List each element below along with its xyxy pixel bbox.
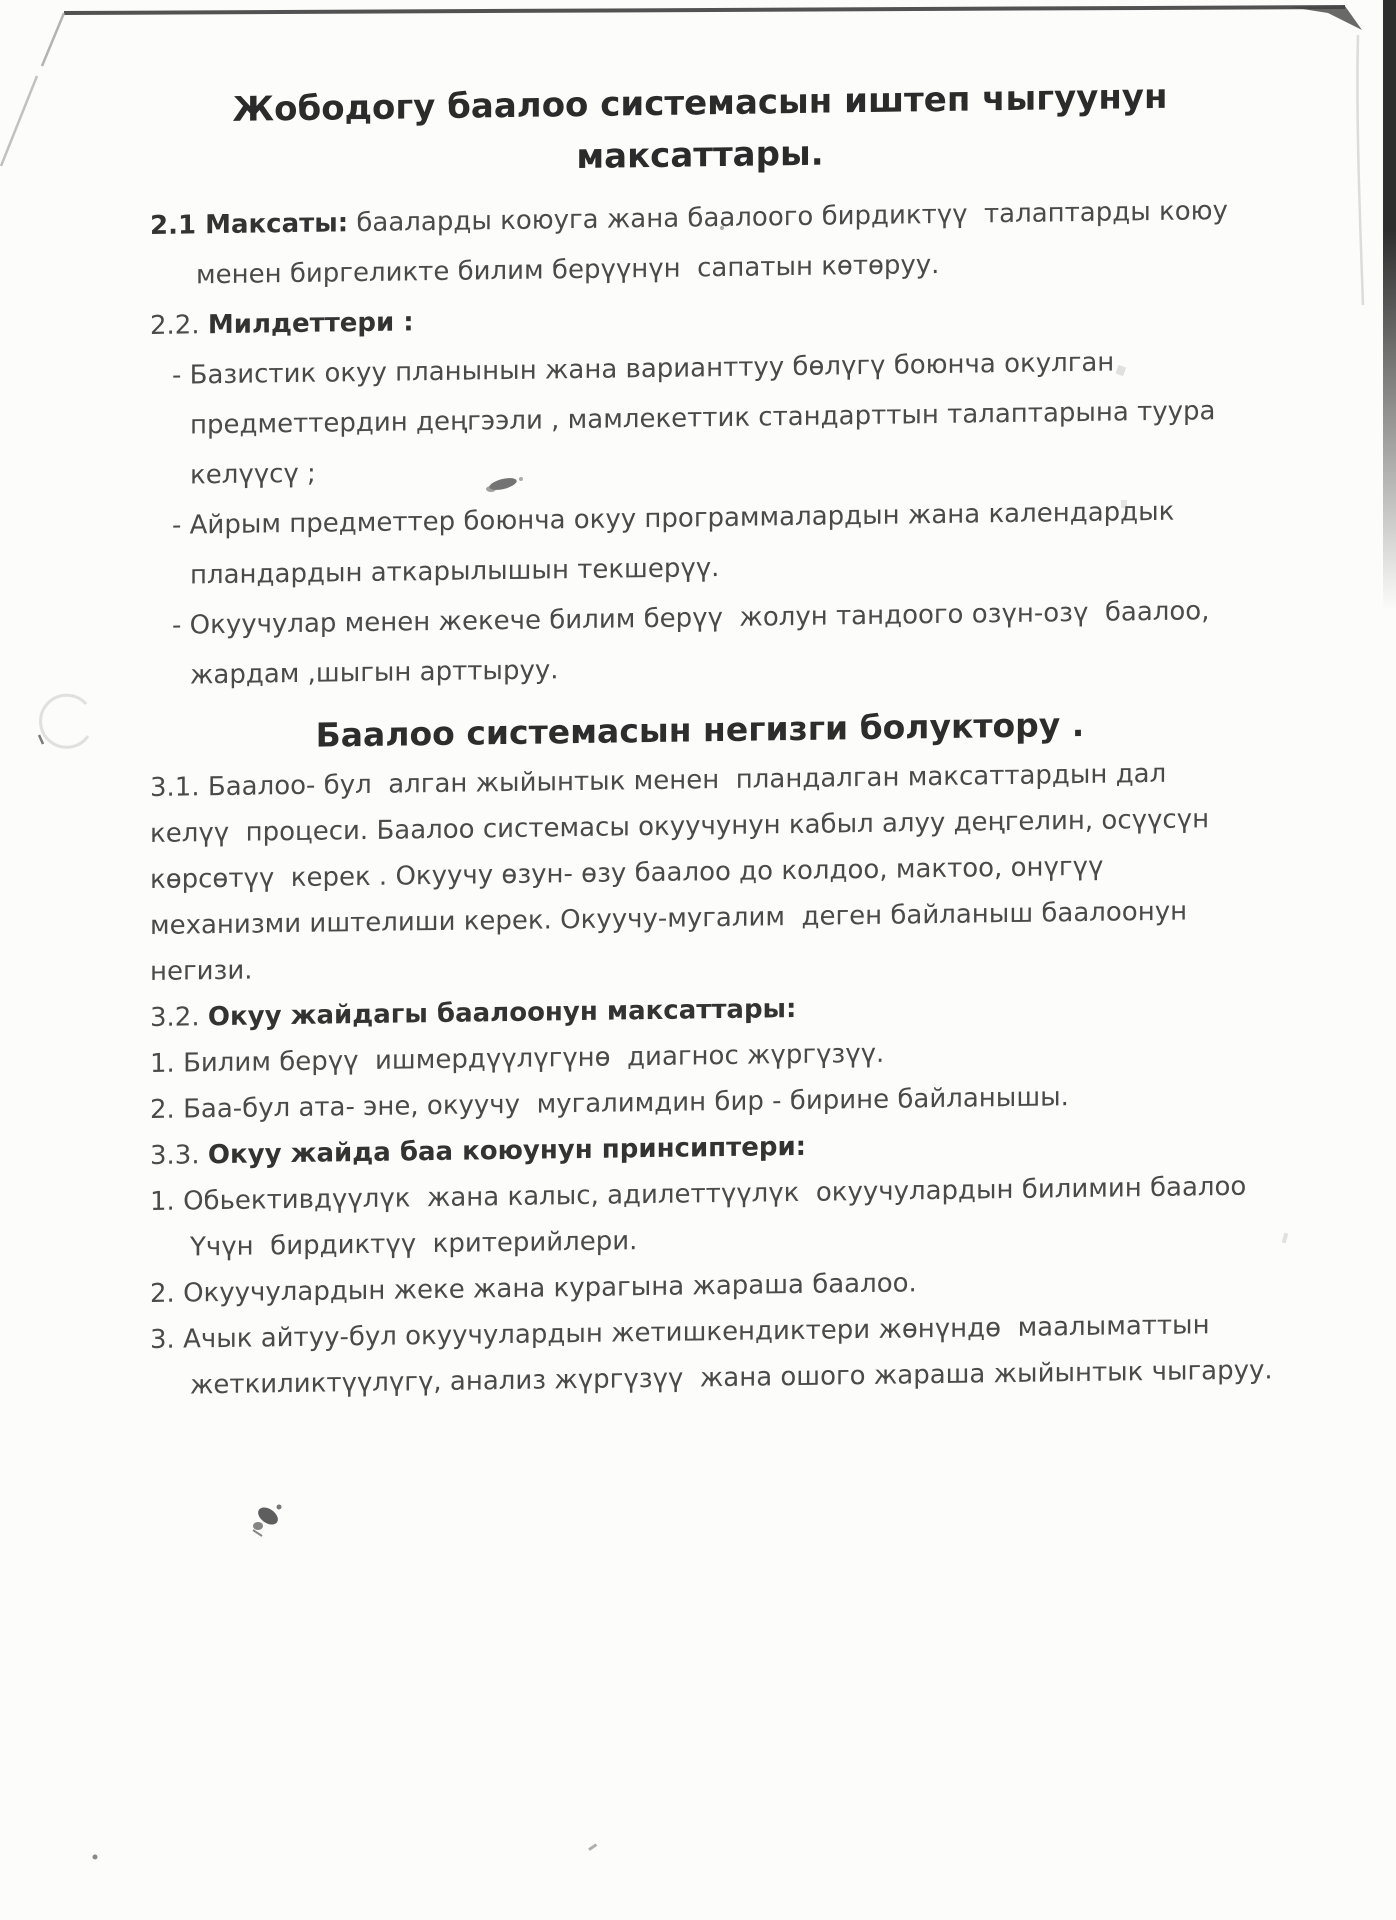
pen-circle-mark: [41, 695, 88, 747]
section-3-1-paragraph: 3.1. Баалоо- бул алган жыйынтык менен пл…: [150, 750, 1250, 995]
goal-text: бааларды коюуга жана баалоого бирдиктүү …: [348, 196, 1228, 238]
p32-label: Окуу жайдагы баалоонун максаттары:: [208, 994, 797, 1032]
p33-label: Окуу жайда баа коюунун принсиптери:: [208, 1132, 806, 1170]
page-top-edge-wedge: [1290, 6, 1362, 30]
goal-label: 2.1 Максаты:: [150, 208, 348, 241]
section-2-1-goal: 2.1 Максаты: бааларды коюуга жана баалоо…: [150, 186, 1250, 301]
page-right-edge-dark: [1383, 0, 1396, 230]
speck-faint-right-3: [1282, 1233, 1288, 1244]
section-3-2-goals: 3.2. Окуу жайдагы баалоонун максаттары: …: [150, 980, 1250, 1133]
pen-tick-mark: [39, 735, 43, 744]
ink-blot: [253, 1504, 282, 1536]
speck-slash: [588, 1843, 597, 1851]
section-3-3-principles: 3.3. Окуу жайда баа коюунун принсиптери:…: [150, 1118, 1250, 1409]
p33-number: 3.3.: [150, 1140, 208, 1171]
speck-dot: [93, 1855, 98, 1860]
page-right-edge-fade: [1383, 230, 1396, 610]
document-content: Жободогу баалоо системасын иштеп чыгууну…: [150, 70, 1250, 1409]
document-title: Жободогу баалоо системасын иштеп чыгууну…: [150, 70, 1250, 189]
page-right-edge-crease: [1357, 35, 1363, 305]
section-2-2-tasks: 2.2. Милдеттери : - Базистик окуу планын…: [150, 286, 1250, 701]
scanned-page: Жободогу баалоо системасын иштеп чыгууну…: [0, 0, 1396, 1920]
corner-fold-line: [42, 13, 64, 66]
corner-fold-line-2: [1, 76, 37, 166]
p32-number: 3.2.: [150, 1002, 208, 1033]
page-top-edge-line: [64, 7, 1345, 13]
tasks-number: 2.2.: [150, 310, 208, 341]
tasks-label: Милдеттери :: [208, 307, 414, 340]
